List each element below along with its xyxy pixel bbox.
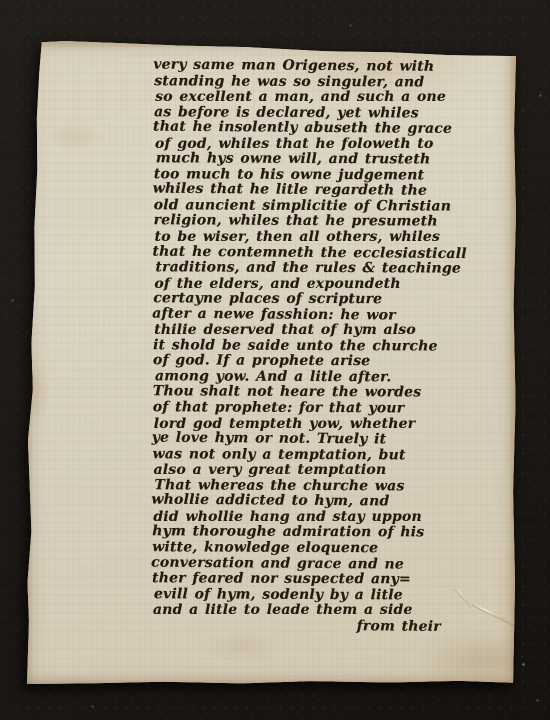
manuscript-line: did whollie hang and stay uppon [153,510,529,526]
manuscript-line: so excellent a man, and such a one [155,90,531,106]
manuscript-line: of that prophete: for that your [153,400,529,417]
manuscript-line: and a litle to leade them a side [153,603,529,619]
manuscript-line: of the elders, and expoundeth [154,277,530,293]
manuscript-line: much hys owne will, and trusteth [156,151,532,168]
manuscript-line: conversation and grace and ne [151,555,527,573]
manuscript-text: very same man Origenes, not with standin… [152,58,531,635]
manuscript-line: among yow. And a litle after. [155,369,531,386]
photo-backdrop: very same man Origenes, not with standin… [0,0,550,720]
manuscript-leaf: very same man Origenes, not with standin… [25,40,518,686]
manuscript-line: very same man Origenes, not with [153,58,529,76]
catchword: from their [151,617,527,635]
paper-sheet: very same man Origenes, not with standin… [25,40,518,686]
manuscript-line: traditions, and the rules & teachinge [155,260,531,277]
manuscript-line: thilie deserved that of hym also [154,323,530,339]
backdrop-glints [0,0,1,1]
manuscript-line: ye love hym or not. Truely it [152,431,528,449]
